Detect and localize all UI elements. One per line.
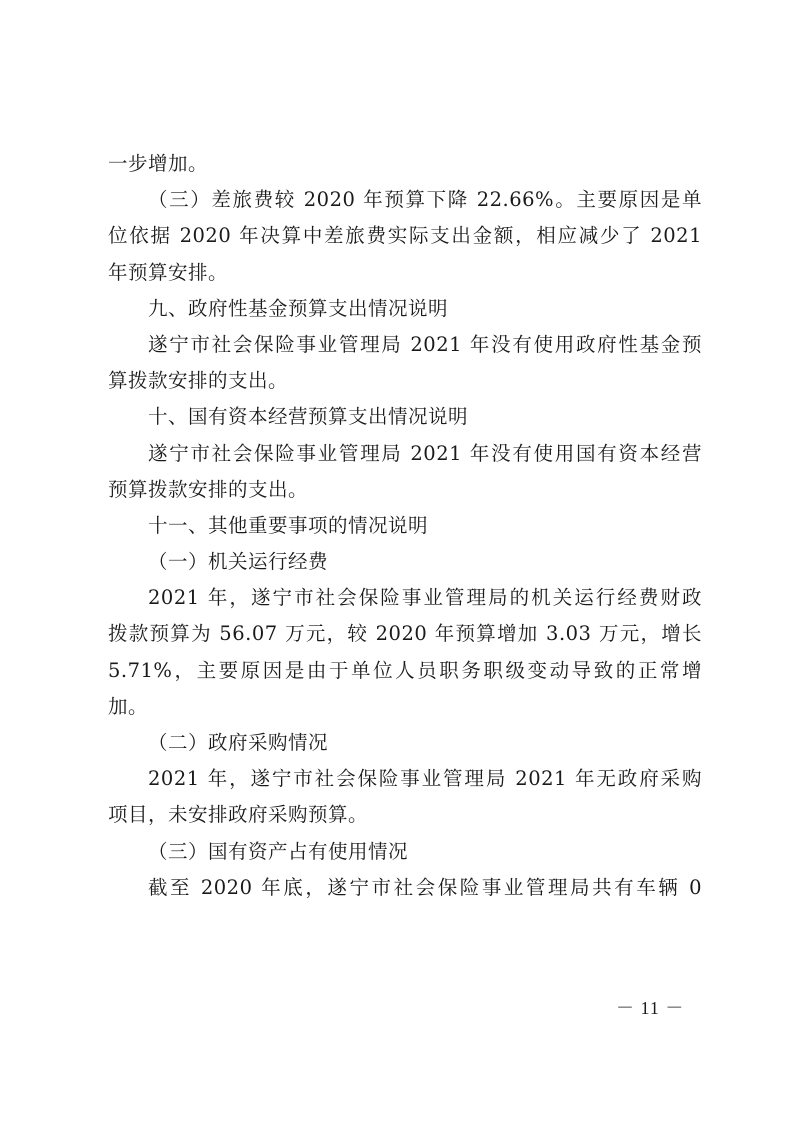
paragraph-line: 加。 (108, 689, 702, 725)
paragraph-line: 5.71%，主要原因是由于单位人员职务职级变动导致的正常增 (108, 653, 702, 689)
paragraph-line: 预算拨款安排的支出。 (108, 472, 702, 508)
section-heading-9: 九、政府性基金预算支出情况说明 (108, 291, 702, 327)
page-number: － 11 － (616, 994, 684, 1020)
paragraph-line: 2021 年，遂宁市社会保险事业管理局的机关运行经费财政 (108, 580, 702, 616)
subsection-heading-1: （一）机关运行经费 (108, 544, 702, 580)
paragraph-line: 位依据 2020 年决算中差旅费实际支出金额，相应减少了 2021 (108, 218, 702, 254)
paragraph-line: 项目，未安排政府采购预算。 (108, 797, 702, 833)
subsection-heading-3: （三）国有资产占有使用情况 (108, 834, 702, 870)
paragraph-line: 算拨款安排的支出。 (108, 363, 702, 399)
paragraph-line: 一步增加。 (108, 146, 702, 182)
subsection-heading-2: （二）政府采购情况 (108, 725, 702, 761)
paragraph-line: （三）差旅费较 2020 年预算下降 22.66%。主要原因是单 (108, 182, 702, 218)
paragraph-line: 遂宁市社会保险事业管理局 2021 年没有使用国有资本经营 (108, 436, 702, 472)
paragraph-line: 遂宁市社会保险事业管理局 2021 年没有使用政府性基金预 (108, 327, 702, 363)
section-heading-10: 十、国有资本经营预算支出情况说明 (108, 399, 702, 435)
document-body: 一步增加。 （三）差旅费较 2020 年预算下降 22.66%。主要原因是单 位… (108, 146, 702, 906)
paragraph-line: 年预算安排。 (108, 255, 702, 291)
section-heading-11: 十一、其他重要事项的情况说明 (108, 508, 702, 544)
paragraph-line: 拨款预算为 56.07 万元，较 2020 年预算增加 3.03 万元，增长 (108, 616, 702, 652)
paragraph-line: 截至 2020 年底，遂宁市社会保险事业管理局共有车辆 0 (108, 870, 702, 906)
paragraph-line: 2021 年，遂宁市社会保险事业管理局 2021 年无政府采购 (108, 761, 702, 797)
